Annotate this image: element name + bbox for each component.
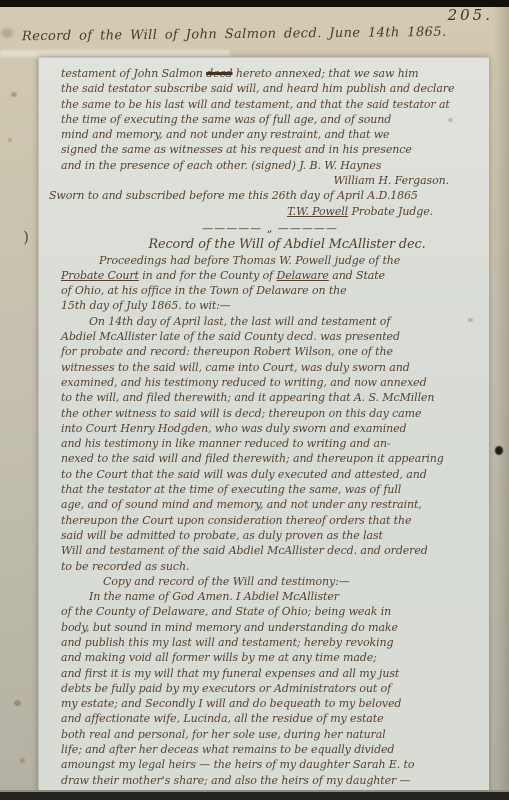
manuscript-line: testament of John Salmon decd hereto ann… — [61, 66, 479, 81]
manuscript-line: to the will, and filed therewith; and it… — [61, 390, 479, 405]
manuscript-line: amoungst my legal heirs — the heirs of m… — [61, 757, 479, 772]
page-number: 205. — [448, 6, 493, 24]
manuscript-line: both real and personal, for her sole use… — [61, 727, 479, 742]
page-edge-shadow — [493, 0, 509, 800]
manuscript-line: 15th day of July 1865. to wit:— — [61, 298, 479, 313]
manuscript-line: the said testator subscribe said will, a… — [61, 81, 479, 96]
section-heading: Record of the Will of Abdiel McAllister … — [61, 237, 479, 252]
judge-signature-line: T.W. Powell Probate Judge. — [61, 204, 479, 219]
manuscript-page: ) testament of John Salmon decd hereto a… — [38, 57, 489, 800]
manuscript-line: Probate Court in and for the County of D… — [61, 268, 479, 283]
manuscript-line: for probate and record: thereupon Robert… — [61, 344, 479, 359]
manuscript-line: examined, and his testimony reduced to w… — [61, 375, 479, 390]
manuscript-line: body, but sound in mind memory and under… — [61, 620, 479, 635]
manuscript-line: witnesses to the said will, came into Co… — [61, 360, 479, 375]
manuscript-line: that the testator at the time of executi… — [61, 482, 479, 497]
manuscript-line: to the Court that the said will was duly… — [61, 467, 479, 482]
manuscript-line: said will be admitted to probate, as dul… — [61, 528, 479, 543]
manuscript-line: the same to be his last will and testame… — [61, 97, 479, 112]
manuscript-line: to be recorded as such. — [61, 559, 479, 574]
paper-crease — [0, 50, 230, 57]
manuscript-line: signed the same as witnesses at his requ… — [61, 142, 479, 157]
manuscript-line: nexed to the said will and filed therewi… — [61, 451, 479, 466]
manuscript-line: and making void all former wills by me a… — [61, 650, 479, 665]
section-divider: ————— „ ————— — [61, 221, 479, 236]
manuscript-line: of Ohio, at his office in the Town of De… — [61, 283, 479, 298]
manuscript-line: mind and memory, and not under any restr… — [61, 127, 479, 142]
manuscript-line: and first it is my will that my funeral … — [61, 666, 479, 681]
manuscript-line: of the County of Delaware, and State of … — [61, 604, 479, 619]
manuscript-line: In the name of God Amen. I Abdiel McAlli… — [61, 589, 479, 604]
manuscript-line: and publish this my last will and testam… — [61, 635, 479, 650]
manuscript-line: Will and testament of the said Abdiel Mc… — [61, 543, 479, 558]
manuscript-line: Copy and record of the Will and testimon… — [61, 574, 479, 589]
manuscript-line: into Court Henry Hodgden, who was duly s… — [61, 421, 479, 436]
manuscript-line: thereupon the Court upon consideration t… — [61, 513, 479, 528]
manuscript-text: testament of John Salmon decd hereto ann… — [61, 66, 479, 800]
manuscript-line: age, and of sound mind and memory, and n… — [61, 497, 479, 512]
scan-edge-top — [0, 0, 509, 7]
manuscript-line: and affectionate wife, Lucinda, all the … — [61, 711, 479, 726]
manuscript-line: Proceedings had before Thomas W. Powell … — [61, 253, 479, 268]
scan-edge-bottom — [0, 790, 509, 800]
manuscript-line: life; and after her deceas what remains … — [61, 742, 479, 757]
manuscript-line: Sworn to and subscribed before me this 2… — [49, 188, 479, 203]
manuscript-line: my estate; and Secondly I will and do be… — [61, 696, 479, 711]
scanned-ledger-page: 205. Record of the Will of John Salmon d… — [0, 0, 509, 800]
manuscript-line: debts be fully paid by my executors or A… — [61, 681, 479, 696]
witness-signature-line: William H. Fergason. — [61, 173, 479, 188]
manuscript-line: Abdiel McAllister late of the said Count… — [61, 329, 479, 344]
manuscript-line: and in the presence of each other. (sign… — [61, 158, 479, 173]
manuscript-line: On 14th day of April last, the last will… — [61, 314, 479, 329]
manuscript-line: draw their mother's share; and also the … — [61, 773, 479, 788]
manuscript-line: the time of executing the same was of fu… — [61, 112, 479, 127]
manuscript-line: and his testimony in like manner reduced… — [61, 436, 479, 451]
manuscript-line: the other witness to said will is decd; … — [61, 406, 479, 421]
